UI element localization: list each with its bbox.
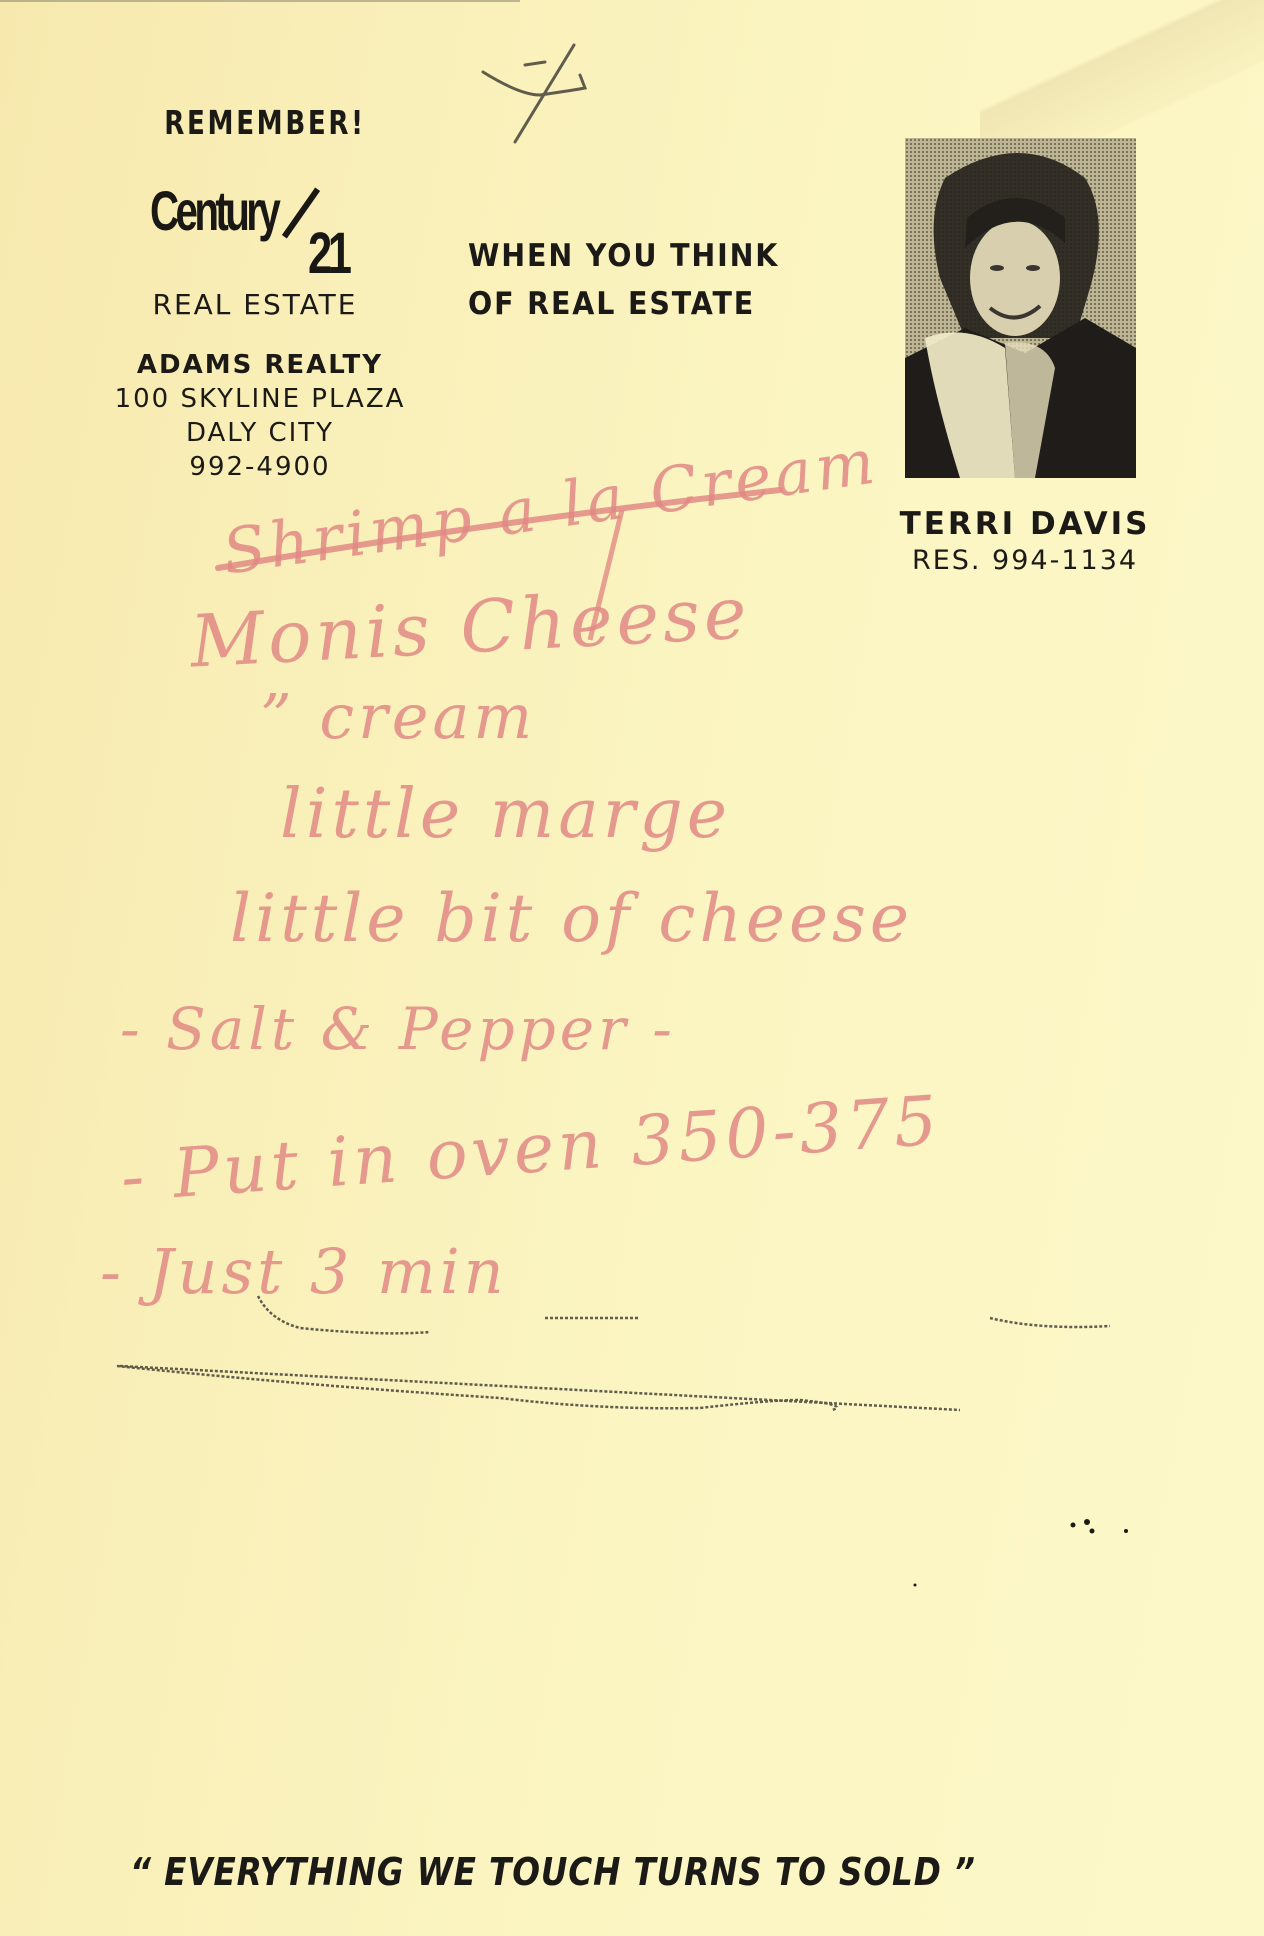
footer-slogan: “ EVERYTHING WE TOUCH TURNS TO SOLD ”: [130, 1850, 938, 1894]
pencil-lines: [117, 1296, 1110, 1410]
handwritten-line: - Salt & Pepper -: [120, 995, 676, 1063]
handwritten-line: little bit of cheese: [230, 880, 913, 957]
handwritten-line: ” cream: [260, 680, 536, 753]
ink-specks: [914, 1519, 1129, 1587]
pencil-seven-mark: [483, 45, 585, 142]
handwritten-line: little marge: [280, 775, 731, 854]
pen-marks-layer: [0, 0, 1264, 1936]
handwritten-line: - Just 3 min: [100, 1235, 508, 1308]
